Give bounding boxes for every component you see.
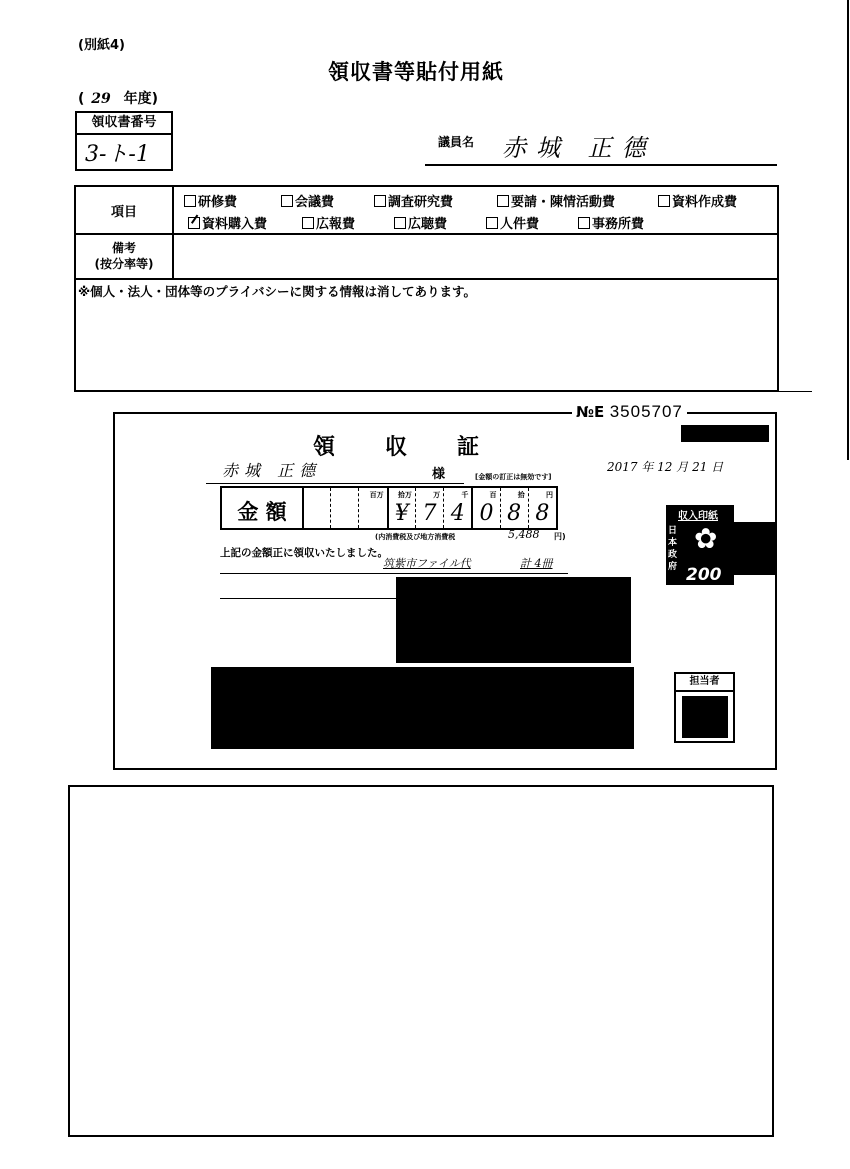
remarks-label: 備考 (按分率等) — [76, 240, 172, 272]
correction-note: [金額の訂正は無効です] — [475, 472, 551, 482]
person-in-charge-box: 担当者 — [674, 672, 735, 743]
page-edge-line — [847, 0, 849, 460]
amount-digit: 0 — [473, 501, 499, 526]
fiscal-year-value: 29 — [91, 91, 110, 107]
stamp-value: 200 — [686, 565, 722, 585]
amount-box: 金 額 百万拾万¥万7千4百0拾8円8 — [220, 486, 558, 530]
receipt-number-value: 3505707 — [610, 402, 683, 421]
table-divider-horizontal — [76, 233, 777, 235]
payer-underline — [206, 483, 464, 484]
checkbox[interactable] — [578, 217, 590, 229]
amount-column-header: 円 — [546, 490, 553, 500]
receipt-number-value[interactable]: 3-ト-1 — [85, 137, 150, 168]
privacy-notice: ※個人・法人・団体等のプライバシーに関する情報は消してあります。 — [78, 282, 476, 300]
notice-area: ※個人・法人・団体等のプライバシーに関する情報は消してあります。 — [74, 278, 779, 392]
amount-column-header: 百万 — [370, 490, 384, 500]
tax-unit: 円) — [554, 531, 566, 542]
person-in-charge-label: 担当者 — [676, 674, 733, 692]
category-kenshu[interactable]: 研修費 — [184, 191, 237, 210]
redaction-block — [681, 425, 769, 442]
amount-digit: 4 — [444, 501, 471, 526]
amount-digit: 7 — [416, 501, 443, 526]
amount-digit-cell: 百万 — [358, 488, 386, 528]
amount-digit-cell — [302, 488, 330, 528]
amount-digit-cell: 万7 — [415, 488, 443, 528]
payer-name: 赤城 正德 — [222, 458, 321, 481]
amount-column-header: 万 — [433, 490, 440, 500]
receipt-number-prefix: №E — [576, 403, 604, 421]
checkbox[interactable] — [486, 217, 498, 229]
item-label: 項目 — [76, 201, 172, 220]
category-jinken[interactable]: 人件費 — [486, 213, 539, 232]
attachment-label: (別紙4) — [78, 34, 125, 53]
amount-digit-cell: 拾8 — [500, 488, 528, 528]
category-shiryo-konyu[interactable]: 資料購入費 — [188, 213, 267, 232]
redaction-stamp-cancel — [730, 522, 777, 575]
redaction-person-seal — [682, 696, 728, 738]
checkbox[interactable] — [497, 195, 509, 207]
checkbox[interactable] — [658, 195, 670, 207]
checkbox[interactable] — [394, 217, 406, 229]
redaction-address — [211, 667, 634, 749]
remarks-field[interactable] — [176, 237, 774, 275]
amount-column-header: 千 — [461, 490, 468, 500]
receipt-quantity: 計 4冊 — [520, 555, 553, 571]
amount-digit: 8 — [529, 501, 556, 526]
checkbox[interactable] — [302, 217, 314, 229]
amount-digit-cell: 百0 — [471, 488, 499, 528]
tax-amount: 5,488 — [508, 528, 540, 541]
receipt-title: 領 収 証 — [313, 430, 493, 461]
amount-digit: ¥ — [389, 501, 415, 526]
category-kaigi[interactable]: 会議費 — [281, 191, 334, 210]
member-name-label: 議員名 — [438, 133, 474, 150]
amount-column-header: 拾万 — [398, 490, 412, 500]
category-kocho[interactable]: 広聴費 — [394, 213, 447, 232]
payer-honorific: 様 — [432, 463, 445, 482]
stamp-flower-icon: ✿ — [694, 525, 717, 553]
category-chosa[interactable]: 調査研究費 — [374, 191, 453, 210]
category-shiryo-sakusei[interactable]: 資料作成費 — [658, 191, 737, 210]
issuer-underline — [220, 598, 400, 599]
fiscal-year: ( 29 年度) — [78, 88, 158, 108]
lower-paste-area — [68, 785, 774, 1137]
receipt-number-label: 領収書番号 — [77, 113, 171, 135]
checkbox[interactable] — [184, 195, 196, 207]
receipt-description: 筑紫市ファイル代 — [383, 555, 471, 571]
member-name-underline — [425, 164, 777, 166]
received-text: 上記の金額正に領収いたしました。 — [220, 545, 388, 560]
amount-cells: 百万拾万¥万7千4百0拾8円8 — [302, 488, 556, 528]
stamp-issuer: 日本政府 — [668, 525, 678, 573]
tax-note: (内消費税及び地方消費税 — [375, 532, 455, 542]
page-title: 領収書等貼付用紙 — [328, 56, 504, 86]
description-underline — [220, 573, 568, 574]
revenue-stamp: 収入印紙 ✿ 日本政府 200 — [666, 505, 734, 585]
member-name-value[interactable]: 赤城 正德 — [502, 128, 656, 163]
amount-column-header: 拾 — [518, 490, 525, 500]
category-jimusho[interactable]: 事務所費 — [578, 213, 644, 232]
paste-area-top-line — [74, 391, 812, 392]
amount-column-header: 百 — [490, 490, 497, 500]
amount-digit-cell: 拾万¥ — [387, 488, 415, 528]
amount-digit-cell: 千4 — [443, 488, 471, 528]
amount-label: 金 額 — [222, 496, 302, 526]
category-koho[interactable]: 広報費 — [302, 213, 355, 232]
checked-checkbox[interactable] — [188, 217, 200, 229]
category-table: 項目 研修費 会議費 調査研究費 要請・陳情活動費 資料作成費 資料購入費 広報… — [74, 185, 779, 280]
checkbox[interactable] — [281, 195, 293, 207]
amount-digit: 8 — [501, 501, 528, 526]
checkbox[interactable] — [374, 195, 386, 207]
stamp-label: 収入印紙 — [678, 507, 718, 522]
receipt-number: №E 3505707 — [572, 402, 687, 422]
fiscal-year-open: ( — [78, 91, 84, 107]
amount-digit-cell: 円8 — [528, 488, 556, 528]
category-yosei[interactable]: 要請・陳情活動費 — [497, 191, 615, 210]
receipt-date: 2017 年 12 月 21 日 — [607, 458, 723, 475]
redaction-issuer — [396, 577, 631, 663]
fiscal-year-suffix: 年度) — [124, 91, 158, 107]
receipt-number-box: 領収書番号 3-ト-1 — [75, 111, 173, 171]
amount-digit-cell — [330, 488, 358, 528]
